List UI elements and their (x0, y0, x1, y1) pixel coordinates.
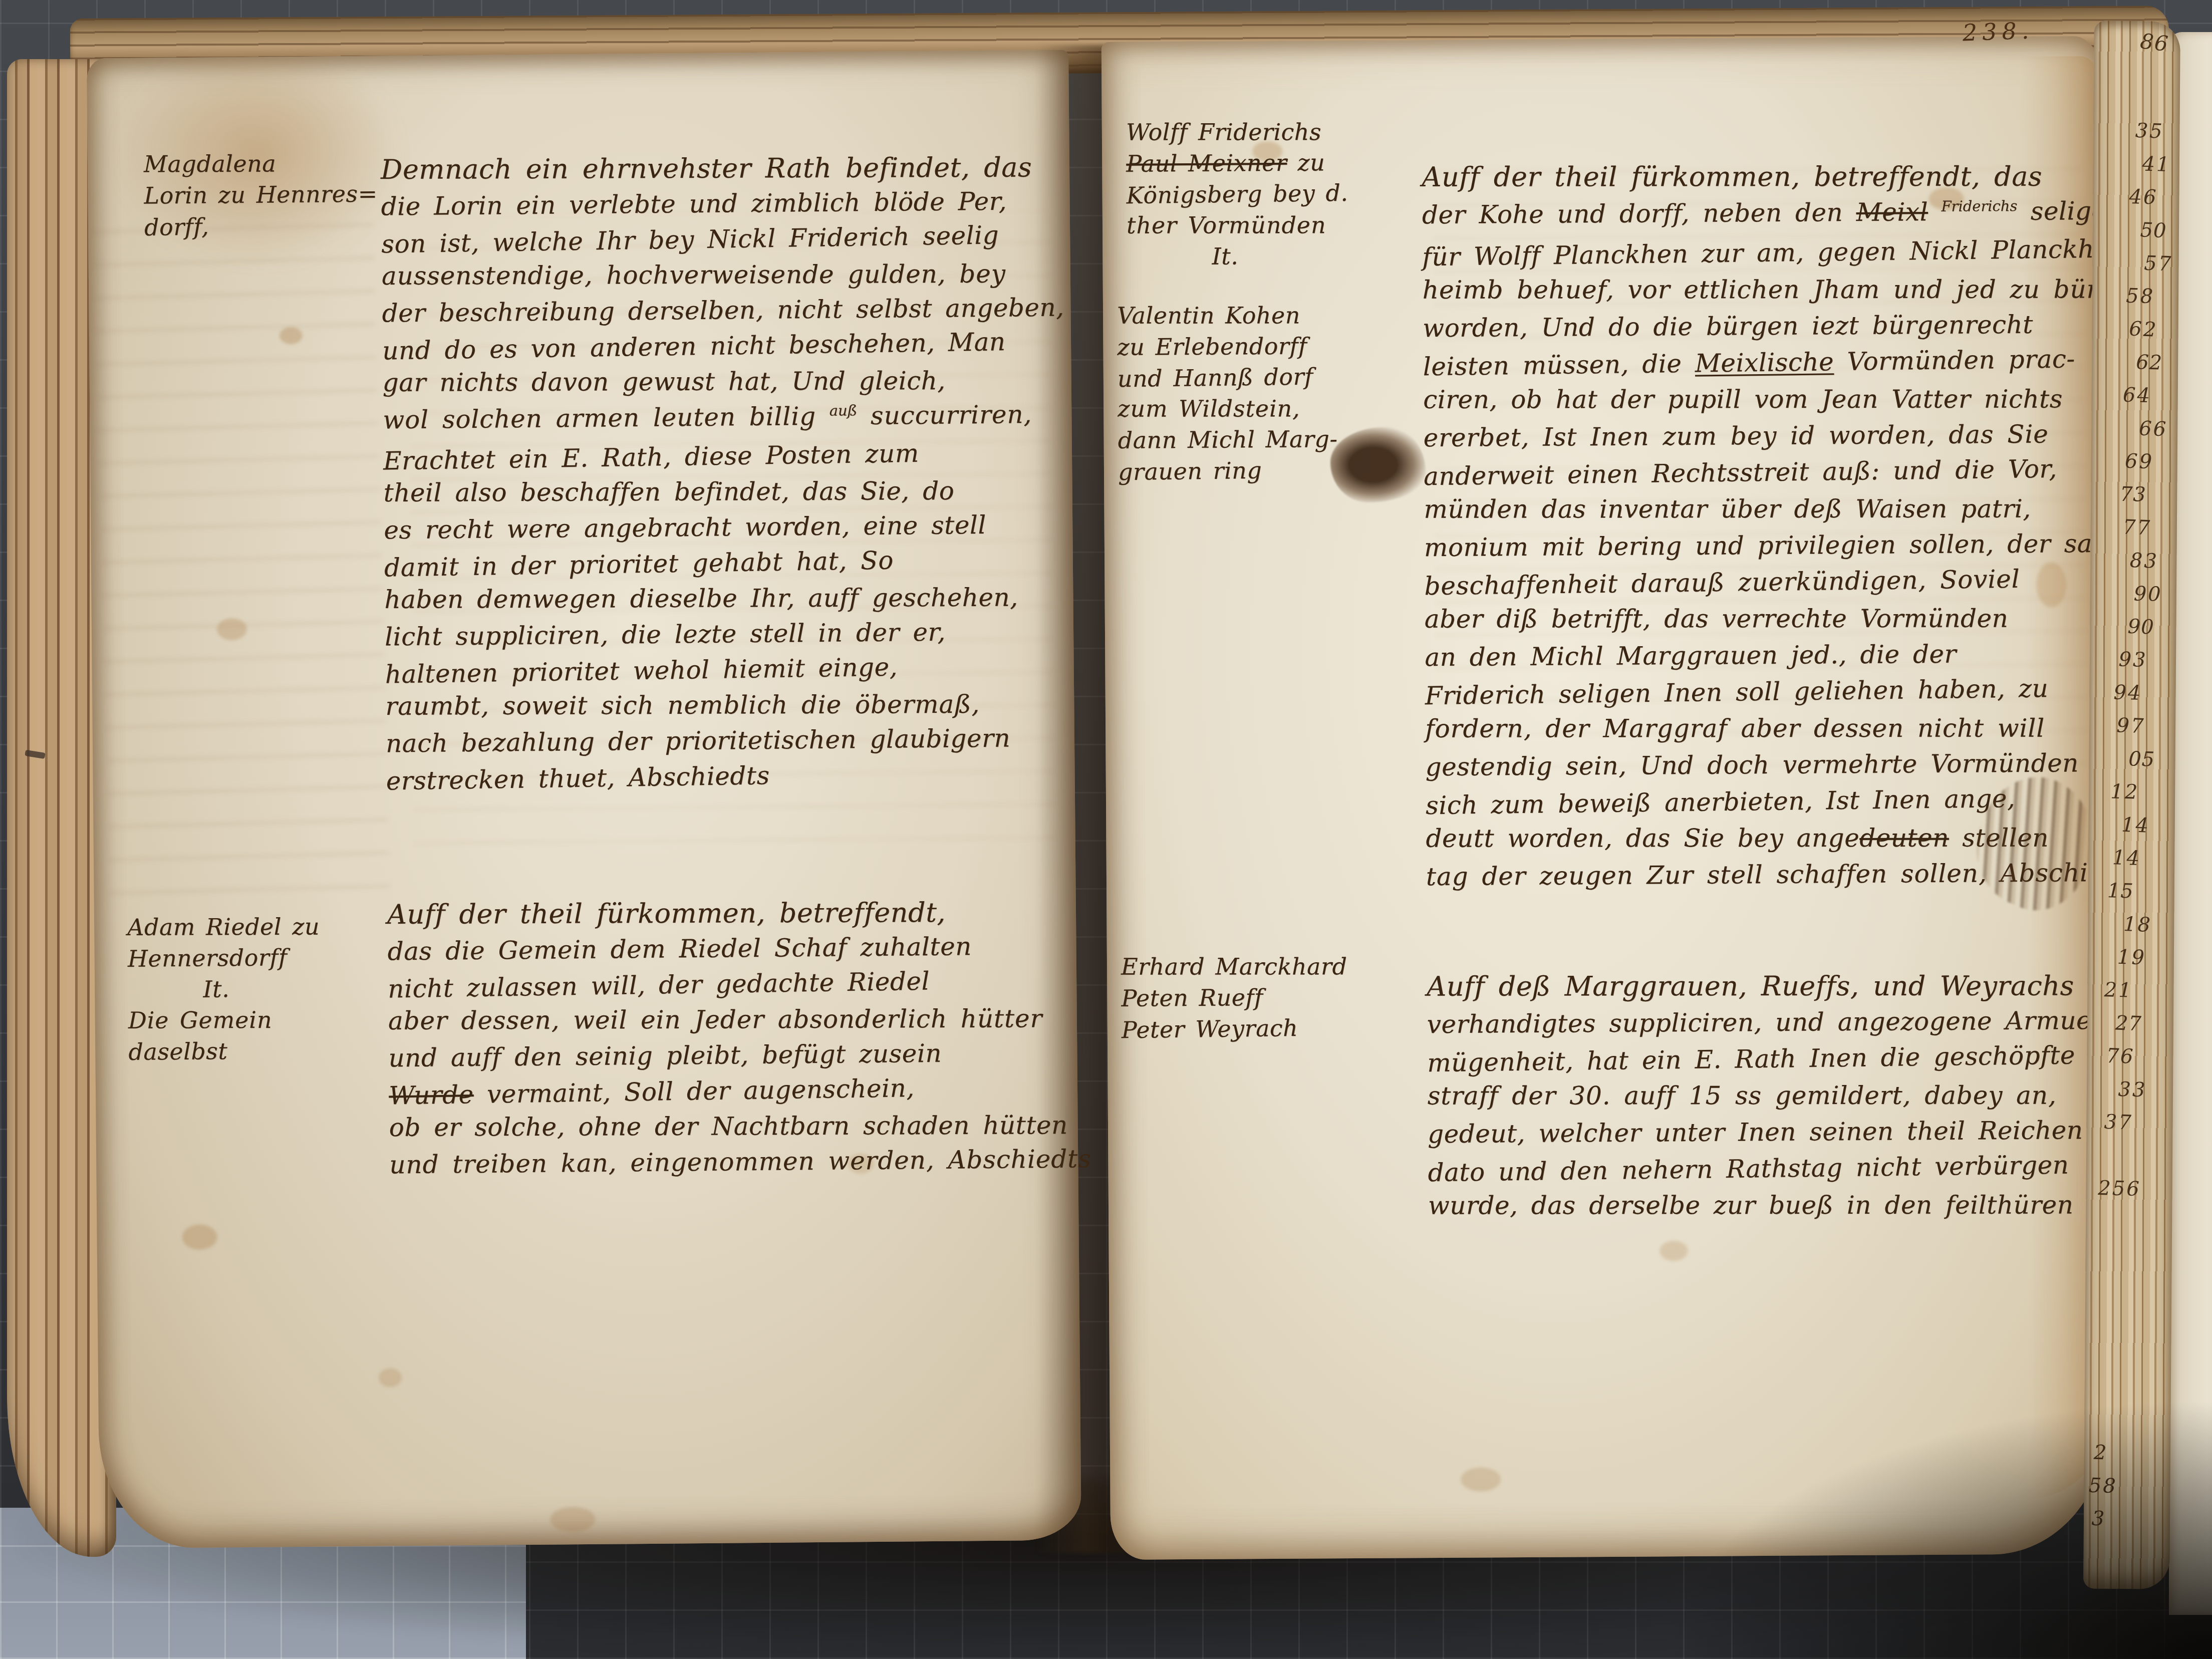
handwritten-line: münden das inventar über deß Waisen patr… (1424, 491, 2090, 528)
left-page: MagdalenaLorin zu Hennres=dorff, Demnach… (87, 50, 1081, 1549)
handwritten-line: raumbt, soweit sich nemblich die öbermaß… (385, 686, 1059, 724)
handwritten-line: Demnach ein ehrnvehster Rath befindet, d… (381, 149, 1054, 187)
handwritten-line: worden, Und do die bürgen iezt bürgenrec… (1423, 306, 2089, 347)
handwritten-line (2108, 1210, 2143, 1244)
handwritten-line: gestendig sein, Und doch vermehrte Vormü… (1425, 745, 2091, 785)
handwritten-line: für Wolff Planckhen zur am, gegen Nickl … (1422, 231, 2089, 275)
handwritten-line: aber diß betrifft, das verrechte Vormünd… (1425, 601, 2091, 638)
handwritten-line: 58 (2125, 285, 2172, 319)
handwritten-line (2112, 1243, 2142, 1277)
handwritten-line: ciren, ob hat der pupill vom Jean Vatter… (1423, 381, 2089, 418)
handwritten-line (2097, 1309, 2140, 1343)
handwritten-line: an den Michl Marggrauen jed., die der (1425, 635, 2091, 676)
handwritten-line: ob er solche, ohne der Nachtbarn schaden… (389, 1108, 1065, 1146)
handwritten-line: gar nichts davon gewust hat, Und gleich, (383, 363, 1056, 401)
shadow-corner (1661, 1399, 2212, 1659)
handwritten-line: dato und den nehern Rathstag nicht verbü… (1428, 1147, 2094, 1191)
handwritten-line: Wolff Friderichs (1126, 116, 1348, 147)
right-page: Wolff FriderichsPaul Meixner zuKönigsber… (1101, 36, 2107, 1560)
handwritten-line: grauen ring (1118, 454, 1338, 487)
handwritten-line: 77 (2122, 515, 2164, 550)
handwritten-line: zu Erlebendorff (1117, 330, 1337, 363)
handwritten-line: 256 (2097, 1177, 2144, 1211)
handwritten-line: 69 (2124, 450, 2167, 484)
handwritten-line: 66 (2138, 417, 2168, 451)
handwritten-line: Hennersdorff (127, 942, 320, 974)
handwritten-line (2104, 1342, 2139, 1376)
handwritten-line: It. (128, 972, 321, 1006)
handwritten-line: 93 (2118, 648, 2160, 682)
handwritten-line: 12 (2110, 780, 2156, 814)
handwritten-line (2094, 1276, 2141, 1310)
handwritten-line: 21 (2104, 978, 2150, 1012)
handwritten-line: 90 (2127, 615, 2161, 649)
handwritten-line: 33 (2118, 1078, 2147, 1112)
handwritten-line: anderweit einen Rechtsstreit auß: und di… (1424, 450, 2090, 495)
handwritten-line: 37 (2103, 1111, 2146, 1145)
handwritten-line: Auff der theil fürkommen, betreffendt, d… (1422, 158, 2088, 195)
fox-spot (1660, 1241, 1688, 1261)
handwritten-line: heimb behuef, vor ettlichen Jham und jed… (1423, 271, 2089, 309)
margin-note-wolff-friderichs: Wolff FriderichsPaul Meixner zuKönigsber… (1126, 116, 1349, 272)
handwritten-line: fordern, der Marggraf aber dessen nicht … (1425, 710, 2091, 747)
entry-text-vormuenden-case: Auff der theil fürkommen, betreffendt, d… (1422, 156, 2092, 895)
handwritten-line: Valentin Kohen (1117, 300, 1337, 331)
handwritten-line: zum Wildstein, (1118, 393, 1337, 424)
handwritten-line: straff der 30. auff 15 ss gemildert, dab… (1428, 1077, 2094, 1115)
fore-edge: 86 3541465057586262646669737783909093949… (2083, 21, 2180, 1589)
fox-spot (182, 1224, 217, 1250)
handwritten-line: dorff, (144, 208, 378, 243)
margin-note-adam-riedel: Adam Riedel zuHennersdorffIt.Die Gemeind… (127, 911, 321, 1067)
handwritten-line: und Hannß dorf (1117, 361, 1337, 394)
handwritten-line: 97 (2116, 714, 2158, 748)
entry-text-straff-case: Auff deß Marggrauen, Rueffs, und Weyrach… (1427, 966, 2094, 1226)
handwritten-line: 41 (2141, 152, 2176, 186)
handwritten-line: und treiben kan, eingenommen werden, Abs… (389, 1142, 1066, 1183)
handwritten-line: 35 (2134, 119, 2177, 154)
handwritten-line: 64 (2122, 384, 2169, 418)
handwritten-line: verhandigtes suppliciren, und angezogene… (1427, 1002, 2093, 1043)
handwritten-line: mügenheit, hat ein E. Rath Inen die gesc… (1427, 1037, 2094, 1081)
handwritten-line: Paul Meixner zu (1126, 147, 1348, 179)
handwritten-line: 15 (2107, 879, 2153, 913)
handwritten-line: daselbst (128, 1035, 321, 1067)
handwritten-line: theil also beschaffen befindet, das Sie,… (384, 473, 1057, 511)
handwritten-line: Lorin zu Hennres= (144, 178, 378, 211)
handwritten-line: Erhard Marckhard (1121, 951, 1347, 982)
handwritten-line: 57 (2143, 252, 2173, 286)
handwritten-line: 19 (2117, 946, 2151, 980)
entry-text-magdalena-lorin: Demnach ein ehrnvehster Rath befindet, d… (381, 148, 1060, 797)
handwritten-line: ererbet, Ist Inen zum bey id worden, das… (1423, 416, 2089, 456)
handwritten-line: 94 (2113, 681, 2159, 715)
handwritten-line: 90 (2133, 583, 2163, 616)
handwritten-line: Die Gemein (128, 1004, 321, 1036)
handwritten-line: Königsberg bey d. (1126, 177, 1348, 211)
handwritten-line: gedeut, welcher unter Inen seinen theil … (1428, 1112, 2094, 1153)
handwritten-line: 62 (2135, 351, 2170, 385)
handwritten-line: Auff der theil fürkommen, betreffendt, (387, 894, 1063, 932)
handwritten-line: 76 (2105, 1044, 2148, 1079)
fox-spot (550, 1507, 595, 1532)
handwritten-line: Peter Weyrach (1121, 1012, 1347, 1046)
bleed-through-text (92, 199, 391, 917)
fox-spot (1461, 1467, 1501, 1491)
margin-note-valentin-kohen: Valentin Kohenzu Erlebendorffund Hannß d… (1117, 299, 1338, 487)
handwritten-line: aussenstendige, hochverweisende gulden, … (382, 256, 1055, 294)
handwritten-line: It. (1127, 240, 1348, 272)
margin-note-erhard-marckhard: Erhard MarckhardPeten RueffPeter Weyrach (1121, 950, 1347, 1045)
handwritten-line: ther Vormünden (1127, 209, 1348, 240)
handwritten-line: Magdalena (144, 148, 377, 180)
handwritten-line: 14 (2112, 846, 2154, 881)
entry-text-adam-riedel: Auff der theil fürkommen, betreffendt,da… (387, 893, 1066, 1183)
handwritten-line: Peten Rueff (1121, 981, 1347, 1014)
handwritten-line: beschaffenheit darauß zuerkündigen, Sovi… (1424, 560, 2091, 605)
handwritten-line: Friderich seligen Inen soll geliehen hab… (1425, 670, 2091, 714)
fox-spot (379, 1368, 402, 1387)
fore-edge-top-number: 86 (2139, 29, 2170, 56)
handwritten-line: aber dessen, weil ein Jeder absonderlich… (388, 1001, 1064, 1039)
handwritten-line: dann Michl Marg- (1118, 423, 1337, 456)
handwritten-line: 18 (2123, 913, 2152, 947)
handwritten-line: 73 (2119, 483, 2166, 517)
handwritten-line: 46 (2129, 185, 2175, 219)
handwritten-line: 83 (2129, 549, 2164, 583)
margin-note-magdalena-lorin: MagdalenaLorin zu Hennres=dorff, (144, 147, 378, 242)
handwritten-line (2110, 1144, 2145, 1178)
handwritten-line: Auff deß Marggrauen, Rueffs, und Weyrach… (1427, 968, 2093, 1005)
handwritten-line: der Kohe und dorff, neben den Meixl Frid… (1422, 193, 2088, 237)
handwritten-line: 50 (2139, 218, 2174, 252)
handwritten-line: monium mit bering und privilegien sollen… (1424, 525, 2090, 566)
handwritten-line: leisten müssen, die Meixlische Vormünden… (1423, 341, 2089, 385)
handwritten-line: wurde, das derselbe zur bueß in den feil… (1428, 1187, 2094, 1224)
handwritten-line: 62 (2128, 318, 2171, 352)
manuscript-photo: MagdalenaLorin zu Hennres=dorff, Demnach… (0, 0, 2212, 1659)
handwritten-line: 27 (2114, 1011, 2149, 1045)
handwritten-line: 05 (2128, 747, 2157, 781)
handwritten-line: 14 (2121, 813, 2155, 848)
ink-blot (1330, 427, 1426, 502)
folio-number: 238. (1962, 17, 2034, 47)
handwritten-line: Adam Riedel zu (127, 911, 320, 943)
handwritten-line: haben demwegen dieselbe Ihr, auff gesche… (384, 580, 1058, 618)
fore-edge-numbers: 3541465057586262646669737783909093949705… (2091, 119, 2177, 1541)
